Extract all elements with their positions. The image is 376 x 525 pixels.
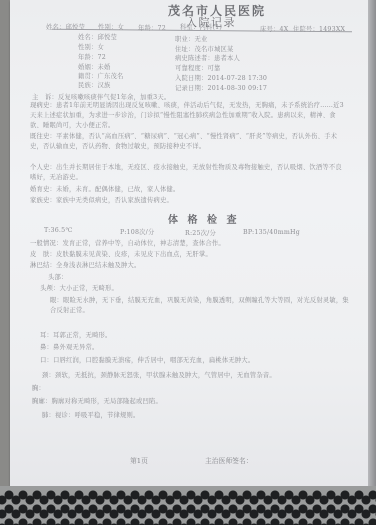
exam-head: 头部： bbox=[48, 272, 68, 281]
vital-pulse: P:108次/分 bbox=[120, 227, 154, 236]
info-ethnicity: 民族：汉族 bbox=[78, 80, 110, 89]
exam-neck: 颈：颈软，无抵抗，颈静脉无怒张，甲状腺未触及肿大，气管居中，无血管杂音。 bbox=[42, 370, 276, 379]
vital-temperature: T:36.5℃ bbox=[44, 227, 73, 234]
exam-thorax: 胸廓：胸廓对称无畸形，无局部隆起或凹陷。 bbox=[32, 396, 162, 405]
perforated-metal-surface-row2 bbox=[0, 493, 376, 525]
exam-nose: 鼻：鼻外观无异常。 bbox=[40, 342, 98, 351]
exam-eyes: 眼：眼睑无水肿，无下垂，结膜无充血，巩膜无黄染，角膜透明，双侧瞳孔等大等圆，对光… bbox=[50, 296, 350, 326]
exam-lungs: 肺：视诊：呼吸平稳，节律规则。 bbox=[42, 410, 139, 419]
exam-lymph: 淋巴结：全身浅表淋巴结未触及肿大。 bbox=[30, 260, 140, 269]
info-reliability: 可靠程度：可靠 bbox=[175, 63, 220, 72]
marital-history: 婚育史：未婚，未育。配偶体健，已故，家人体健。 bbox=[30, 184, 179, 193]
info-name: 姓名：邱悦莹 bbox=[78, 32, 117, 41]
info-marital: 婚姻：未婚 bbox=[78, 62, 110, 71]
vital-respiration: R:25次/分 bbox=[185, 228, 216, 237]
personal-history: 个人史：出生并长期居住于本地，无疫区、疫水接触史，无放射性物质及毒物接触史，否认… bbox=[30, 163, 348, 183]
info-sex: 性别：女 bbox=[78, 42, 104, 51]
present-illness: 现病史：患者1年前无明显诱因出现反复咳嗽、咳痰，伴活动后气促，无发热，无胸痛，未… bbox=[30, 101, 348, 131]
info-occupation: 职业：无业 bbox=[175, 34, 207, 43]
past-history: 既往史：平素体健，否认“高血压病”、“糖尿病”、“冠心病”、“慢性肾病”、“肝炎… bbox=[30, 132, 348, 162]
info-record-date: 记录日期：2014-08-30 09:17 bbox=[175, 83, 267, 92]
exam-ears: 耳：耳郭正常，无畸形。 bbox=[40, 330, 111, 339]
info-informant: 病史陈述者：患者本人 bbox=[175, 53, 240, 62]
exam-skull: 头颅：大小正常，无畸形。 bbox=[40, 283, 118, 292]
chief-complaint: 主 诉：反复咳嗽咳痰伴气促1年余，加重3天。 bbox=[32, 92, 170, 101]
info-address: 住址：茂名市城区某 bbox=[175, 44, 233, 53]
vital-blood-pressure: BP:135/40mmHg bbox=[243, 229, 300, 236]
page-number: 第1页 bbox=[130, 455, 148, 465]
exam-general: 一般情况：发育正常，营养中等，自动体位，神志清楚，查体合作。 bbox=[30, 238, 225, 247]
info-age: 年龄：72 bbox=[78, 52, 106, 61]
exam-mouth: 口：口唇红润，口腔黏膜无溃疡，伸舌居中，咽部无充血，扁桃体无肿大。 bbox=[40, 355, 254, 364]
attending-signature-label: 主治医师签名： bbox=[205, 455, 253, 465]
info-admission-date: 入院日期：2014-07-28 17:30 bbox=[175, 73, 267, 82]
exam-skin: 皮 肤：皮肤黏膜未见黄染、皮疹，未见皮下出血点，无肝掌。 bbox=[30, 249, 212, 258]
document-page: 茂名市人民医院 入院记录 姓名：邱悦莹 性别：女 年龄：72 科室：内科(1) … bbox=[10, 0, 368, 486]
background-edge bbox=[368, 0, 376, 486]
family-history: 家族史：家族中无类似病史，否认家族遗传病史。 bbox=[30, 195, 173, 204]
exam-chest: 胸： bbox=[32, 383, 45, 392]
physical-exam-title: 体 格 检 查 bbox=[168, 211, 239, 226]
info-origin: 籍贯：广东茂名 bbox=[78, 71, 123, 80]
